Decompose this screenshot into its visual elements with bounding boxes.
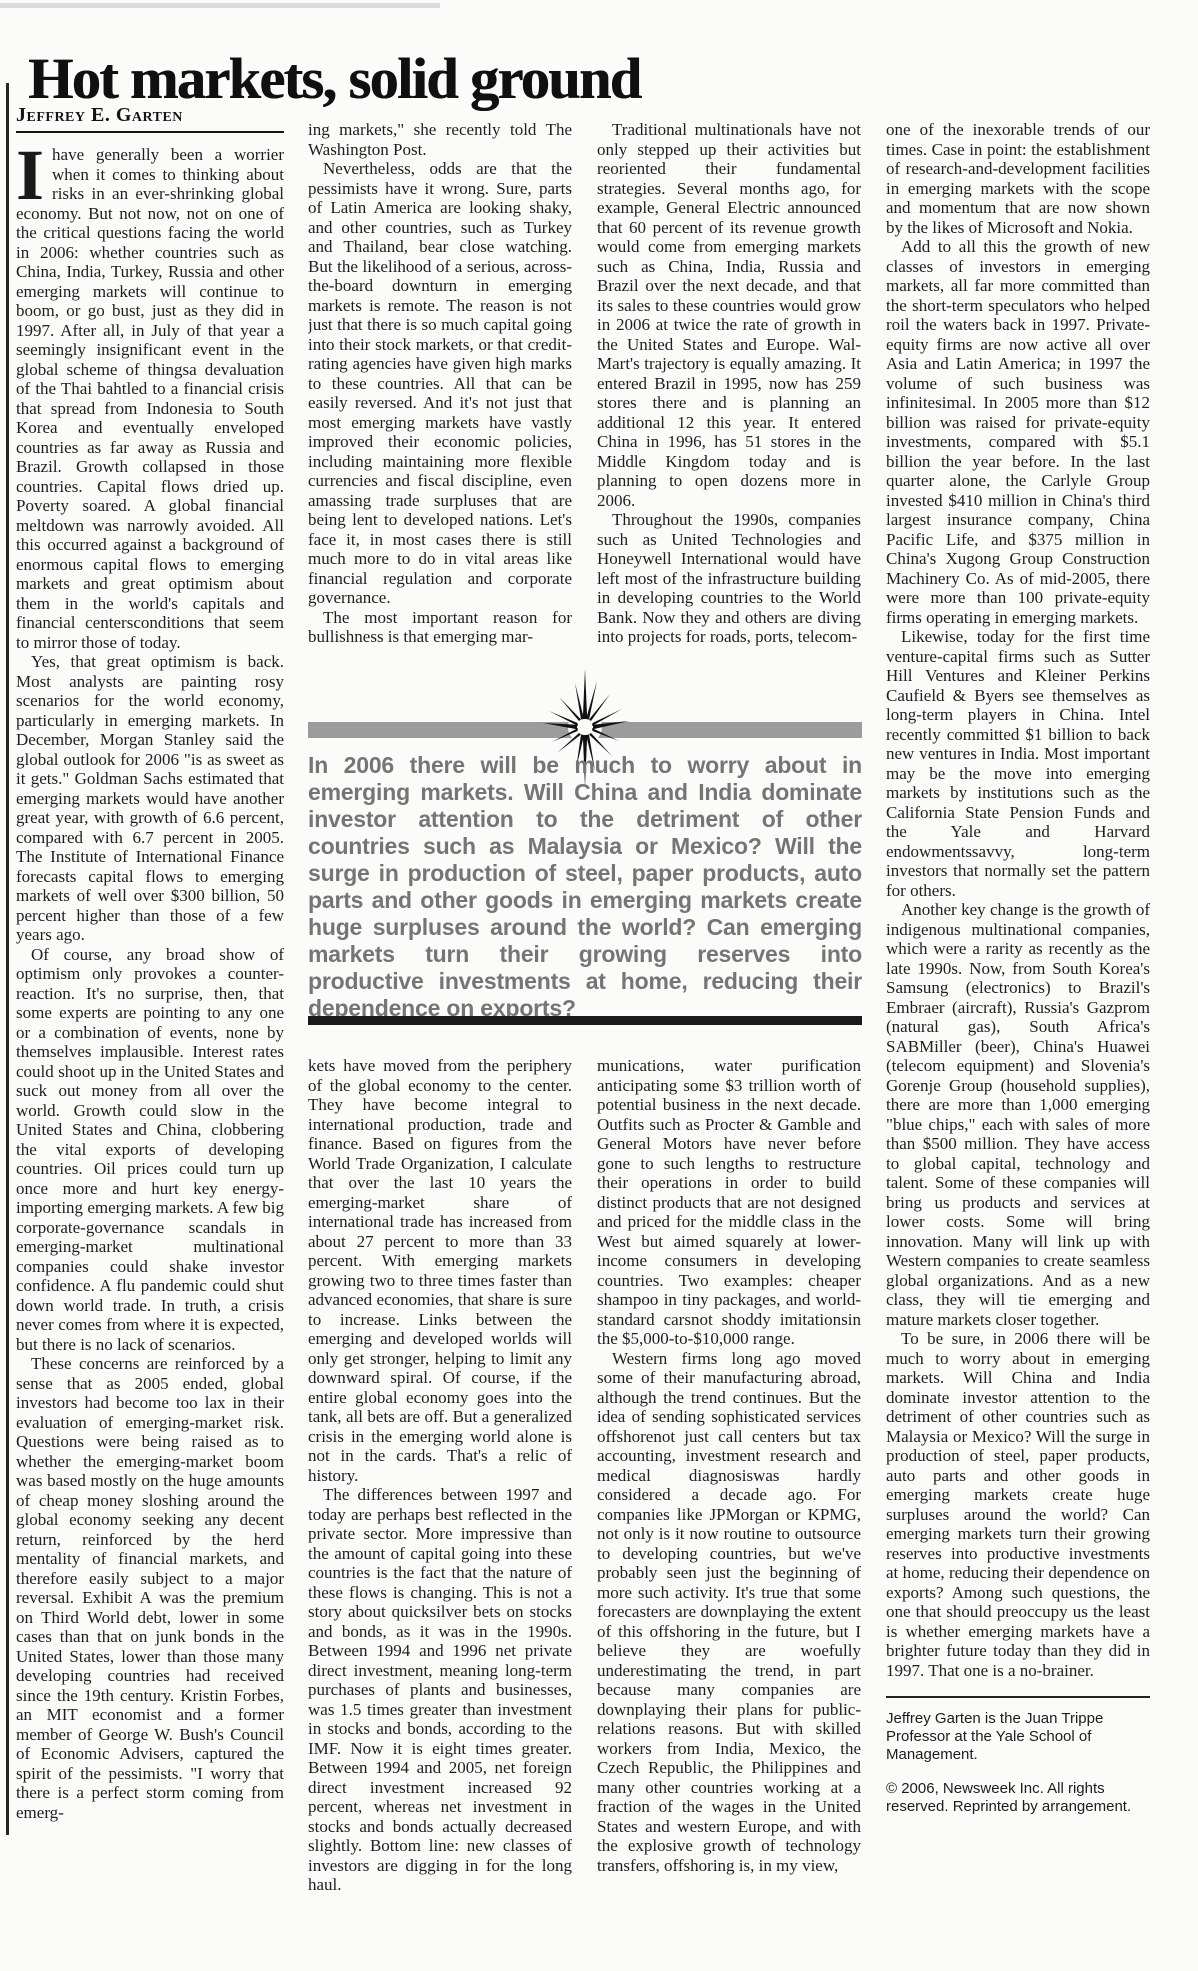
page-edge-artifact [0,3,440,8]
paragraph: ing markets," she recently told The Wash… [308,120,572,159]
pullquote-bottom-bar [308,1016,862,1025]
paragraph: Of course, any broad show of optimism on… [16,945,284,1355]
newspaper-page: Hot markets, solid ground Jeffrey E. Gar… [0,0,1198,1971]
paragraph: Nevertheless, odds are that the pessimis… [308,159,572,608]
column-3-lower: munications, water purification anticipa… [597,1056,861,1961]
column-3-upper: Traditional multinationals have not only… [597,120,861,698]
paragraph: These concerns are reinforced by a sense… [16,1354,284,1822]
byline: Jeffrey E. Garten [16,104,284,126]
paragraph: Western firms long ago moved some of the… [597,1349,861,1876]
paragraph: The most important reason for bullishnes… [308,608,572,647]
paragraph-text: have generally been a worrier when it co… [16,145,284,652]
column-2-lower: kets have moved from the periphery of th… [308,1056,572,1961]
copyright-notice: © 2006, Newsweek Inc. All rights reserve… [886,1780,1150,1816]
paragraph: The differences between 1997 and today a… [308,1485,572,1895]
paragraph: one of the inexorable trends of our time… [886,120,1150,237]
article-headline: Hot markets, solid ground [28,45,1128,112]
drop-cap: I [16,145,52,203]
column-1: Jeffrey E. Garten I have generally been … [16,104,284,1822]
paragraph: I have generally been a worrier when it … [16,145,284,652]
paragraph: Likewise, today for the first time ventu… [886,627,1150,900]
paragraph: Yes, that great optimism is back. Most a… [16,652,284,945]
footer: Jeffrey Garten is the Juan Trippe Profes… [886,1710,1150,1816]
footer-rule [886,1696,1150,1698]
column-4: one of the inexorable trends of our time… [886,120,1150,1816]
pullquote-text: In 2006 there will be much to worry abou… [308,752,862,1022]
paragraph: Throughout the 1990s, companies such as … [597,510,861,647]
byline-rule [16,131,284,133]
left-column-rule [6,83,9,1835]
column-2-upper: ing markets," she recently told The Wash… [308,120,572,698]
paragraph: Add to all this the growth of new classe… [886,237,1150,627]
paragraph: kets have moved from the periphery of th… [308,1056,572,1485]
paragraph: Another key change is the growth of indi… [886,900,1150,1329]
paragraph: Traditional multinationals have not only… [597,120,861,510]
author-bio: Jeffrey Garten is the Juan Trippe Profes… [886,1710,1150,1764]
paragraph: To be sure, in 2006 there will be much t… [886,1329,1150,1680]
paragraph: munications, water purification anticipa… [597,1056,861,1349]
